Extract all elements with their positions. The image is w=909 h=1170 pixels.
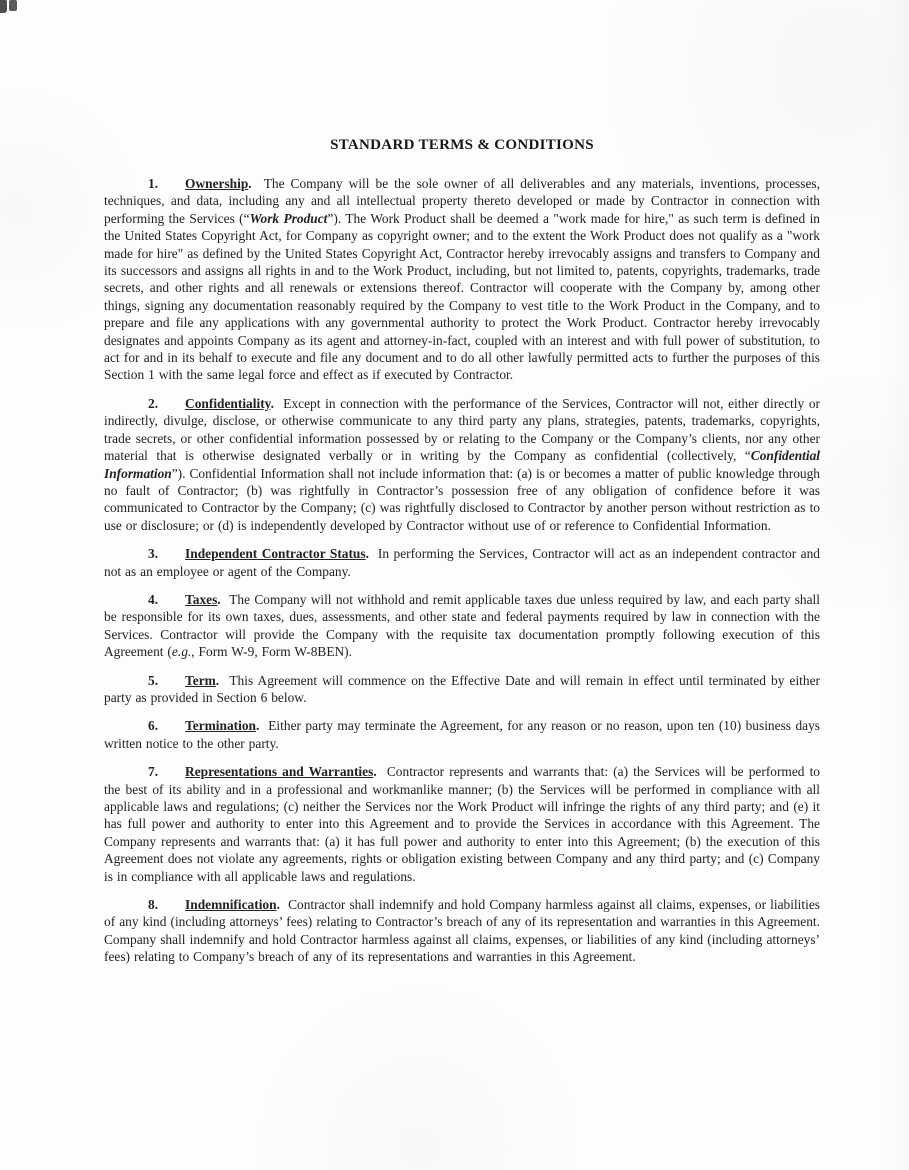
section-paragraph: 3.Independent Contractor Status. In perf…: [104, 545, 820, 580]
section-paragraph: 8.Indemnification. Contractor shall inde…: [104, 896, 820, 966]
section-heading-period: .: [248, 176, 263, 191]
text-run: Contractor represents and warrants that:…: [104, 764, 820, 883]
text-run: e.g.: [172, 644, 191, 659]
text-run: ”). The Work Product shall be deemed a "…: [104, 211, 820, 383]
section-number: 2.: [148, 396, 158, 411]
section-heading: Confidentiality: [185, 396, 271, 411]
section-heading-period: .: [217, 592, 229, 607]
section-paragraph: 7.Representations and Warranties. Contra…: [104, 763, 820, 885]
text-run: Work Product: [250, 211, 328, 226]
section-heading-period: .: [271, 396, 284, 411]
section-heading: Termination: [185, 718, 256, 733]
section-number: 6.: [148, 718, 158, 733]
section-heading: Indemnification: [185, 897, 277, 912]
page-title: STANDARD TERMS & CONDITIONS: [104, 137, 820, 154]
section-heading-period: .: [366, 546, 378, 561]
section-number: 3.: [148, 546, 158, 561]
section-heading-period: .: [373, 764, 387, 779]
document-content: STANDARD TERMS & CONDITIONS 1.Ownership.…: [104, 137, 820, 977]
section-heading-period: .: [216, 673, 230, 688]
scan-artifact-corner-mark: [9, 0, 17, 11]
section-heading: Taxes: [185, 592, 217, 607]
section-paragraph: 6.Termination. Either party may terminat…: [104, 717, 820, 752]
section-heading: Independent Contractor Status: [185, 546, 366, 561]
section-paragraph: 2.Confidentiality. Except in connection …: [104, 395, 820, 534]
document-page: STANDARD TERMS & CONDITIONS 1.Ownership.…: [0, 0, 909, 1170]
section-paragraph: 5.Term. This Agreement will commence on …: [104, 672, 820, 707]
section-number: 1.: [148, 176, 158, 191]
section-number: 7.: [148, 764, 158, 779]
section-number: 5.: [148, 673, 158, 688]
text-run: ”). Confidential Information shall not i…: [104, 466, 820, 533]
section-number: 4.: [148, 592, 158, 607]
document-sections: 1.Ownership. The Company will be the sol…: [104, 175, 820, 966]
section-heading-period: .: [256, 718, 268, 733]
text-run: , Form W-9, Form W-8BEN).: [191, 644, 352, 659]
section-paragraph: 4.Taxes. The Company will not withhold a…: [104, 591, 820, 661]
section-heading: Ownership: [185, 176, 248, 191]
section-paragraph: 1.Ownership. The Company will be the sol…: [104, 175, 820, 384]
section-heading: Representations and Warranties: [185, 764, 373, 779]
scan-artifact-corner-mark: [0, 0, 7, 13]
section-heading: Term: [185, 673, 216, 688]
section-number: 8.: [148, 897, 158, 912]
section-heading-period: .: [277, 897, 289, 912]
